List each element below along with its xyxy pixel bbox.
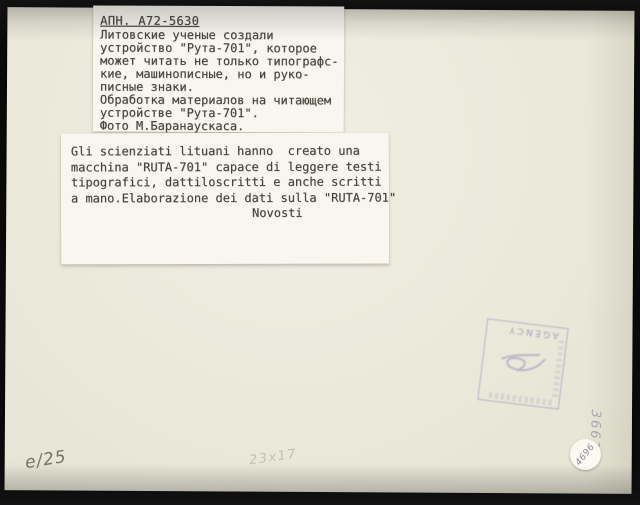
sticker-number: 4696 <box>574 442 597 468</box>
scanned-photo-verso: АПН. А72-5630 Литовские ученые создали у… <box>0 0 640 505</box>
round-archive-sticker: 4696 <box>570 439 601 470</box>
caption-reference-number: АПН. А72-5630 <box>100 15 344 29</box>
agency-signoff: Novosti <box>71 206 389 222</box>
stamp-emblem-icon <box>492 344 554 387</box>
paper-shading-bottom <box>5 460 632 494</box>
russian-caption-label: АПН. А72-5630 Литовские ученые создали у… <box>93 6 344 133</box>
italian-caption-label: Gli scienziati lituani hanno creato una … <box>61 133 389 265</box>
italian-caption-line: macchina "RUTA-701" capace di leggere te… <box>71 159 389 175</box>
italian-caption-line: tipografici, dattiloscritti e anche scri… <box>71 175 389 191</box>
russian-caption-photo-credit: Фото М.Баранаускаса. <box>100 120 344 134</box>
agency-ink-stamp: AGENCY <box>477 318 568 409</box>
italian-caption-line: Gli scienziati lituani hanno creato una <box>71 144 389 160</box>
italian-caption-line: a mano.Elaborazione dei dati sulla "RUTA… <box>71 190 389 206</box>
